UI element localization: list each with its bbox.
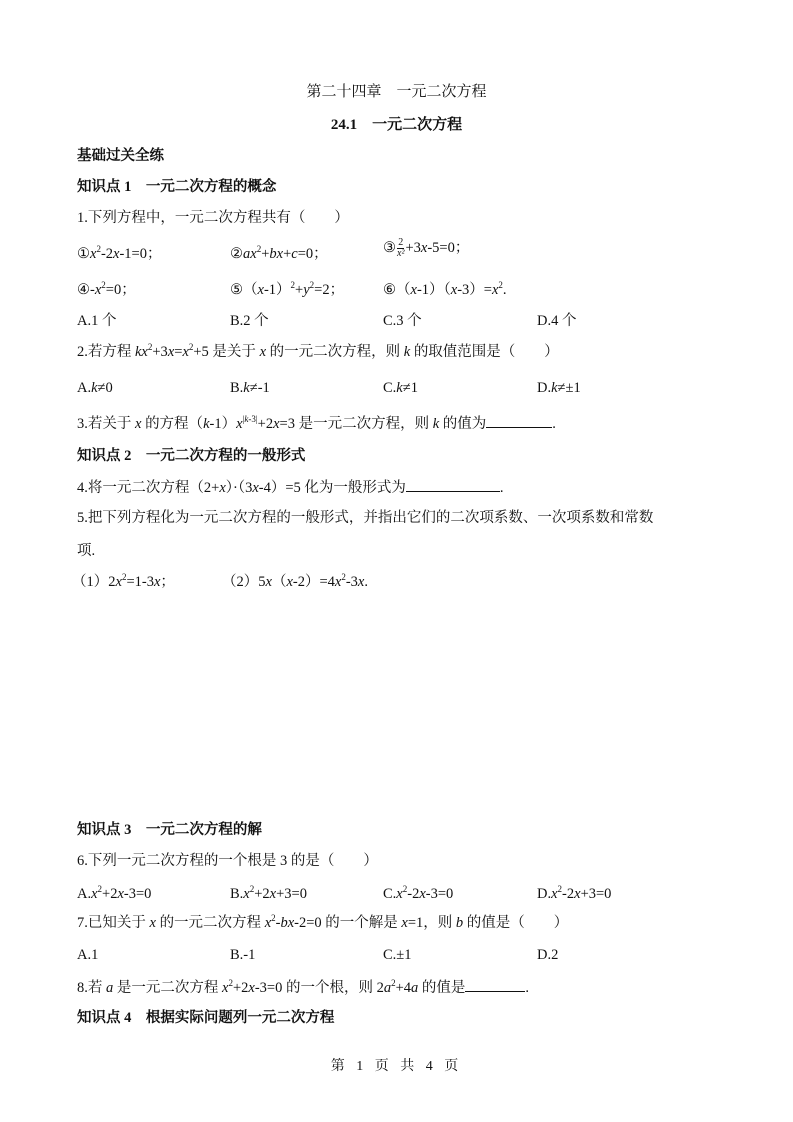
q6-option-a: A.x2+2x-3=0 — [77, 884, 151, 904]
fraction: 2x² — [397, 238, 404, 259]
q1-option-d: D.4 个 — [537, 311, 576, 331]
q7-option-b: B.-1 — [230, 945, 255, 965]
q6-option-b: B.x2+2x+3=0 — [230, 884, 307, 904]
knowledge-point-1: 知识点 1 一元二次方程的概念 — [77, 177, 276, 197]
answer-blank[interactable] — [465, 977, 525, 992]
question-8-stem: 8.若 a 是一元二次方程 x2+2x-3=0 的一个根，则 2a2+4a 的值… — [77, 977, 529, 998]
chapter-title: 第二十四章 一元二次方程 — [0, 82, 793, 102]
q2-option-d: D.k≠±1 — [537, 378, 581, 398]
answer-blank[interactable] — [486, 413, 552, 428]
q5-part-1: （1）2x2=1-3x； — [72, 572, 175, 592]
q1-option-c: C.3 个 — [383, 311, 422, 331]
answer-blank[interactable] — [406, 477, 500, 492]
knowledge-point-4: 知识点 4 根据实际问题列一元二次方程 — [77, 1008, 334, 1028]
knowledge-point-3: 知识点 3 一元二次方程的解 — [77, 820, 262, 840]
question-1-stem: 1.下列方程中，一元二次方程共有（ ） — [77, 208, 349, 228]
q7-option-c: C.±1 — [383, 945, 412, 965]
question-7-stem: 7.已知关于 x 的一元二次方程 x2-bx-2=0 的一个解是 x=1，则 b… — [77, 913, 568, 933]
q2-option-a: A.k≠0 — [77, 378, 113, 398]
q1-item-4: ④-x2=0； — [77, 280, 136, 300]
q1-item-3: ③2x²+3x-5=0； — [383, 238, 469, 259]
question-2-stem: 2.若方程 kx2+3x=x2+5 是关于 x 的一元二次方程，则 k 的取值范… — [77, 342, 559, 362]
question-4-stem: 4.将一元二次方程（2+x）·（3x-4）=5 化为一般形式为. — [77, 477, 504, 498]
question-5-stem-line1: 5.把下列方程化为一元二次方程的一般形式，并指出它们的二次项系数、一次项系数和常… — [77, 508, 653, 528]
document-page: 第二十四章 一元二次方程 24.1 一元二次方程 基础过关全练 知识点 1 一元… — [0, 0, 793, 1122]
section-label: 基础过关全练 — [77, 146, 164, 166]
page-footer: 第 1 页 共 4 页 — [0, 1055, 793, 1075]
q1-option-a: A.1 个 — [77, 311, 116, 331]
question-3-stem: 3.若关于 x 的方程（k-1）x|k-3|+2x=3 是一元二次方程，则 k … — [77, 413, 556, 434]
q5-part-2: （2）5x（x-2）=4x2-3x. — [222, 572, 368, 592]
question-6-stem: 6.下列一元二次方程的一个根是 3 的是（ ） — [77, 851, 378, 871]
knowledge-point-2: 知识点 2 一元二次方程的一般形式 — [77, 446, 305, 466]
question-5-stem-line2: 项. — [77, 541, 95, 561]
q1-item-5: ⑤（x-1）2+y2=2； — [230, 280, 344, 300]
q1-option-b: B.2 个 — [230, 311, 269, 331]
q1-item-6: ⑥（x-1）（x-3）=x2. — [383, 280, 507, 300]
q1-item-1: ①x2-2x-1=0； — [77, 244, 161, 264]
q6-option-d: D.x2-2x+3=0 — [537, 884, 611, 904]
section-title: 24.1 一元二次方程 — [0, 115, 793, 135]
q2-option-b: B.k≠-1 — [230, 378, 270, 398]
q7-option-a: A.1 — [77, 945, 98, 965]
q7-option-d: D.2 — [537, 945, 558, 965]
q6-option-c: C.x2-2x-3=0 — [383, 884, 453, 904]
answer-space[interactable] — [77, 600, 717, 810]
q2-option-c: C.k≠1 — [383, 378, 418, 398]
q1-item-2: ②ax2+bx+c=0； — [230, 244, 328, 264]
